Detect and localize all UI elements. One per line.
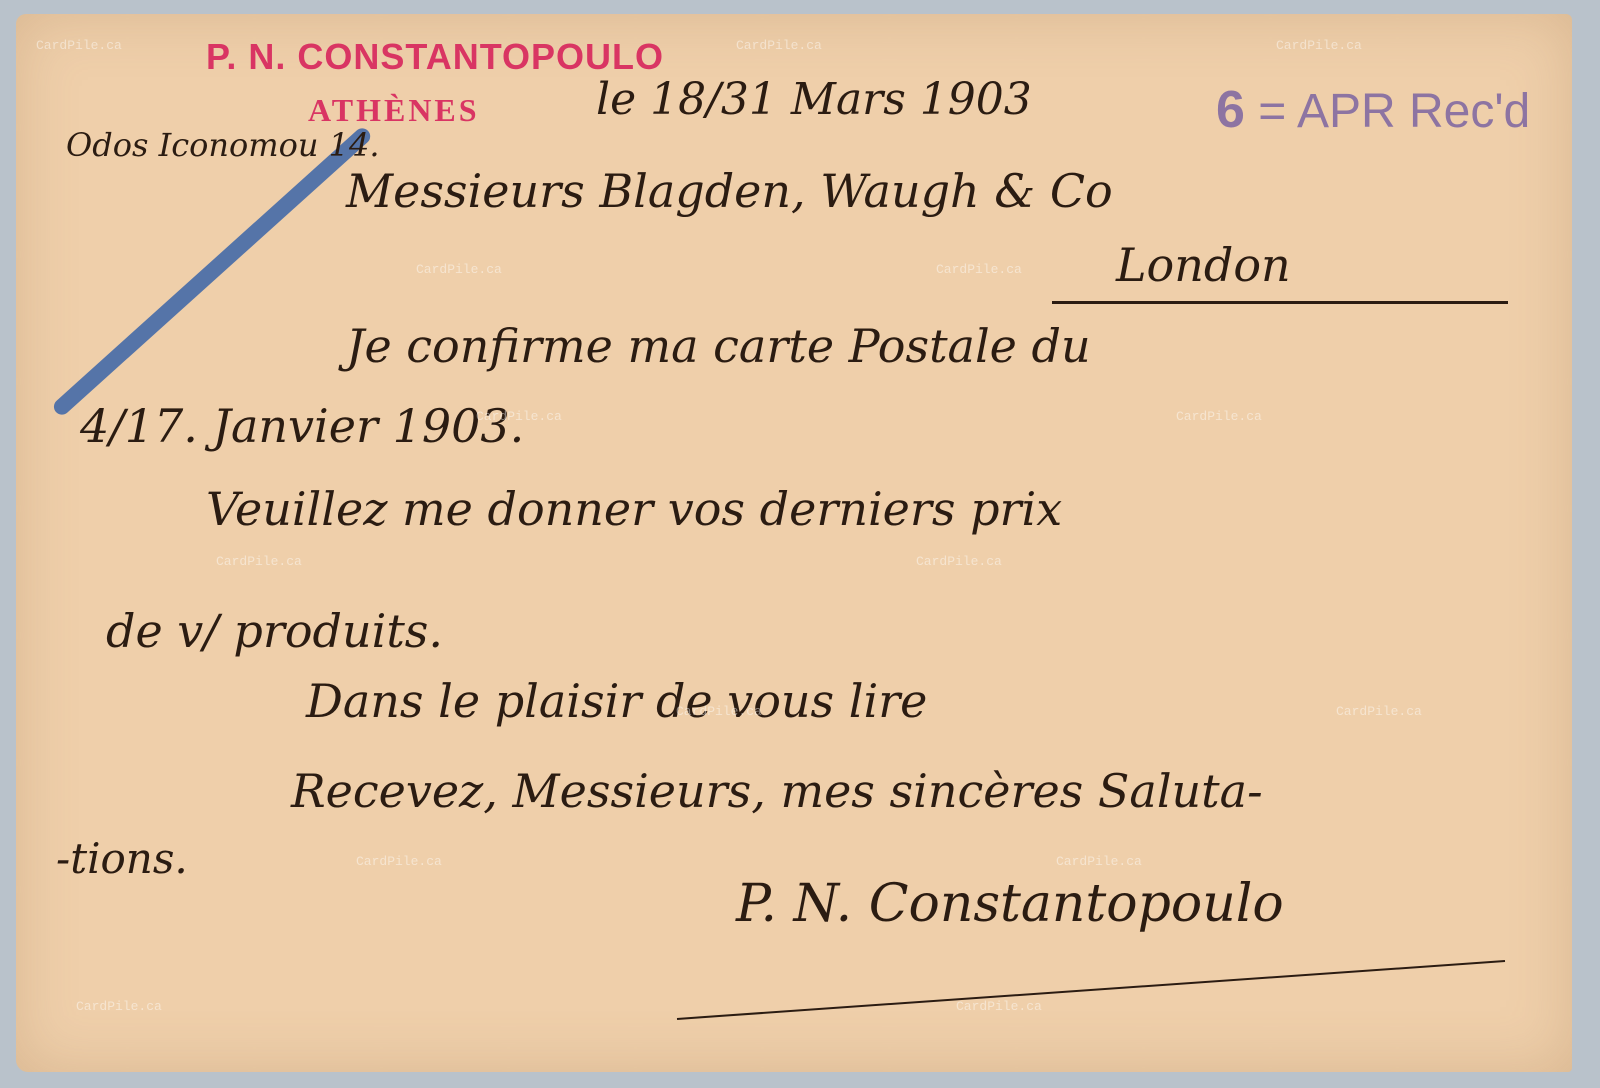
body-line-3: Veuillez me donner vos derniers prix: [206, 482, 1062, 536]
dateline: le 18/31 Mars 1903: [596, 74, 1032, 125]
sender-stamp-city: ATHÈNES: [308, 92, 480, 129]
watermark: CardPile.ca: [676, 704, 762, 719]
body-line-1: Je confirme ma carte Postale du: [346, 319, 1091, 373]
signature: P. N. Constantopoulo: [736, 874, 1284, 934]
watermark: CardPile.ca: [76, 999, 162, 1014]
recipient-city: London: [1116, 238, 1291, 292]
watermark: CardPile.ca: [416, 262, 502, 277]
received-day: 6: [1216, 81, 1245, 139]
body-line-4: de v/ produits.: [106, 604, 443, 658]
sender-stamp-name: P. N. CONSTANTOPOULO: [206, 36, 664, 78]
body-line-7: -tions.: [56, 834, 188, 883]
watermark: CardPile.ca: [36, 38, 122, 53]
watermark: CardPile.ca: [1336, 704, 1422, 719]
watermark: CardPile.ca: [1056, 854, 1142, 869]
body-line-6: Recevez, Messieurs, mes sincères Saluta-: [291, 764, 1263, 818]
received-text: = APR Rec'd: [1258, 85, 1530, 138]
address-line: Odos Iconomou 14.: [66, 126, 380, 164]
watermark: CardPile.ca: [476, 409, 562, 424]
body-line-2: 4/17. Janvier 1903.: [80, 399, 524, 453]
watermark: CardPile.ca: [936, 262, 1022, 277]
received-stamp: 6 = APR Rec'd: [1216, 80, 1530, 140]
signature-flourish: [677, 960, 1505, 1020]
blue-crayon-mark: [51, 125, 374, 418]
watermark: CardPile.ca: [956, 999, 1042, 1014]
watermark: CardPile.ca: [216, 554, 302, 569]
recipient: Messieurs Blagden, Waugh & Co: [346, 164, 1113, 218]
body-line-5: Dans le plaisir de vous lire: [306, 674, 927, 728]
watermark: CardPile.ca: [916, 554, 1002, 569]
underline: [1052, 301, 1508, 304]
watermark: CardPile.ca: [1176, 409, 1262, 424]
watermark: CardPile.ca: [356, 854, 442, 869]
watermark: CardPile.ca: [736, 38, 822, 53]
watermark: CardPile.ca: [1276, 38, 1362, 53]
postcard: P. N. CONSTANTOPOULO ATHÈNES 6 = APR Rec…: [16, 14, 1572, 1072]
